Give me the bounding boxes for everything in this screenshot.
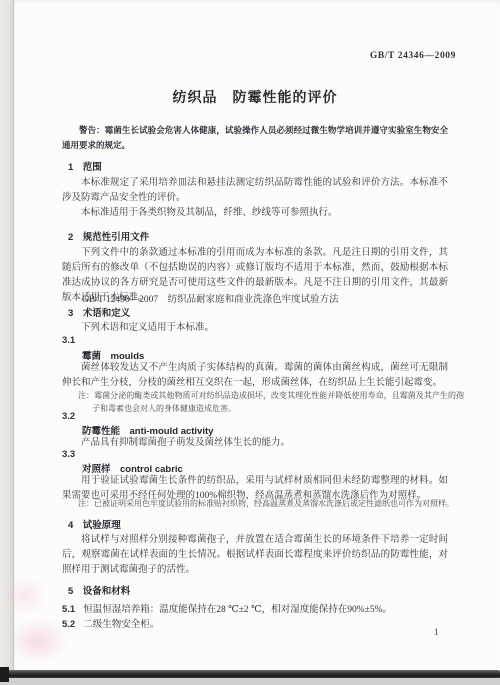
term-3-1-name: 霉菌 moulds	[82, 348, 144, 362]
term-3-1-definition: 菌丝体较发达又不产生肉质子实体结构的真菌。霉菌的菌体由菌丝构成，菌丝可无限制伸长…	[62, 361, 448, 391]
term-3-3-note: 注：已被证明采用色牢度试验用的标准贴衬织物，经高温蒸煮及蒸馏水洗涤后或定性滤纸也…	[78, 497, 464, 510]
scan-bottom-background	[0, 678, 500, 685]
document-title: 纺织品 防霉性能的评价	[5, 87, 500, 107]
clause5-item-1-number: 5.1	[62, 604, 75, 615]
clause3-heading: 3 术语和定义	[68, 305, 130, 319]
scanned-page: GB/T 24346—2009 纺织品 防霉性能的评价 警告：霉菌生长试验会危害…	[0, 0, 500, 685]
term-3-1-note: 注：霉菌分泌的酶类或其他物质可对纺织品造成损坏，改变其理化性能并降低使用寿命，且…	[78, 389, 464, 415]
clause3-intro: 下列术语和定义适用于本标准。	[62, 321, 448, 336]
clause1-paragraph-1: 本标准规定了采用培养皿法和悬挂法测定纺织品防霉性能的试验和评价方法。本标准不涉及…	[62, 176, 448, 206]
warning-text: 警告：霉菌生长试验会危害人体健康，试验操作人员必须经过微生物学培训并遵守实验室生…	[62, 123, 448, 153]
term-3-3-name: 对照样 control cabric	[82, 461, 183, 475]
clause5-item-2-number: 5.2	[62, 619, 75, 630]
scan-corner-mark	[0, 667, 9, 682]
term-3-2-name: 防霉性能 anti-mould activity	[82, 423, 213, 437]
clause5-item-2-text: 二级生物安全柜。	[83, 620, 159, 630]
clause2-heading: 2 规范性引用文件	[68, 229, 149, 243]
term-3-3-number: 3.3	[62, 449, 75, 460]
clause4-heading: 4 试验原理	[68, 517, 121, 531]
clause5-item-1: 5.1恒温恒湿培养箱：温度能保持在28 ℃±2 ℃，相对湿度能保持在90%±5%…	[62, 602, 462, 618]
clause1-heading: 1 范围	[68, 159, 102, 173]
clause2-reference: GB/T 12490—2007 纺织品耐家庭和商业洗涤色牢度试验方法	[82, 291, 339, 305]
clause5-item-2: 5.2二级生物安全柜。	[62, 617, 462, 633]
clause5-heading: 5 设备和材料	[68, 583, 130, 597]
clause1-paragraph-2: 本标准适用于各类织物及其制品，纤维、纱线等可参照执行。	[62, 206, 462, 221]
clause4-paragraph: 将试样与对照样分别接种霉菌孢子，并放置在适合霉菌生长的环境条件下培养一定时间后，…	[62, 533, 448, 578]
page-number: 1	[434, 627, 439, 637]
standard-number: GB/T 24346—2009	[370, 51, 456, 61]
term-3-2-definition: 产品具有抑制霉菌孢子萌发及菌丝体生长的能力。	[62, 436, 462, 451]
term-3-2-number: 3.2	[62, 411, 75, 422]
term-3-1-number: 3.1	[62, 335, 75, 346]
clause5-item-1-text: 恒温恒湿培养箱：温度能保持在28 ℃±2 ℃，相对湿度能保持在90%±5%。	[83, 605, 392, 615]
